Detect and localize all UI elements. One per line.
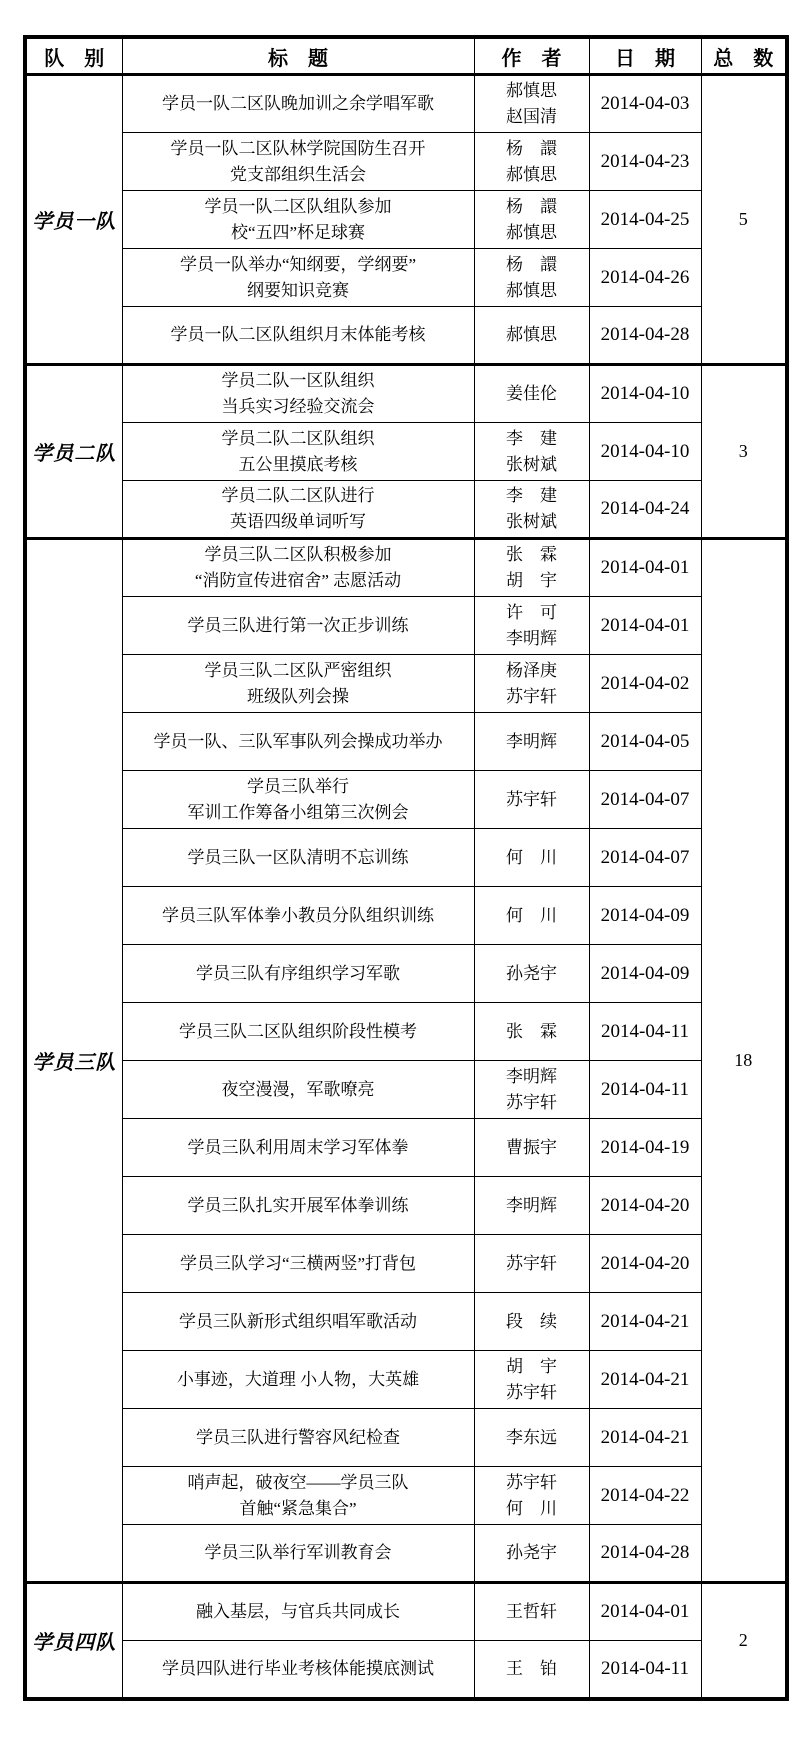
date-cell: 2014-04-02 bbox=[589, 655, 701, 713]
author-line: 王哲轩 bbox=[475, 1599, 589, 1625]
col-header-team: 队 别 bbox=[25, 37, 122, 75]
author-cell: 李 建张树斌 bbox=[474, 481, 589, 539]
title-cell: 哨声起，破夜空——学员三队首触“紧急集合” bbox=[122, 1467, 474, 1525]
title-line: 夜空漫漫，军歌嘹亮 bbox=[123, 1077, 474, 1103]
col-header-date: 日 期 bbox=[589, 37, 701, 75]
col-header-author: 作 者 bbox=[474, 37, 589, 75]
title-cell: 学员三队二区队积极参加“消防宣传进宿舍” 志愿活动 bbox=[122, 539, 474, 597]
title-line: 学员一队二区队晚加训之余学唱军歌 bbox=[123, 91, 474, 117]
table-row: 学员三队学员三队二区队积极参加“消防宣传进宿舍” 志愿活动张 霖胡 宇2014-… bbox=[25, 539, 787, 597]
date-cell: 2014-04-21 bbox=[589, 1293, 701, 1351]
author-cell: 王哲轩 bbox=[474, 1583, 589, 1641]
date-cell: 2014-04-11 bbox=[589, 1003, 701, 1061]
author-cell: 李明辉苏宇轩 bbox=[474, 1061, 589, 1119]
team-name-cell: 学员二队 bbox=[25, 365, 122, 539]
author-line: 赵国清 bbox=[475, 104, 589, 130]
author-line: 曹振宇 bbox=[475, 1135, 589, 1161]
author-line: 段 续 bbox=[475, 1309, 589, 1335]
title-line: 学员四队进行毕业考核体能摸底测试 bbox=[123, 1656, 474, 1682]
author-cell: 孙尧宇 bbox=[474, 1525, 589, 1583]
table-row: 学员一队、三队军事队列会操成功举办李明辉2014-04-05 bbox=[25, 713, 787, 771]
author-line: 杨泽庚 bbox=[475, 658, 589, 684]
date-cell: 2014-04-21 bbox=[589, 1409, 701, 1467]
date-cell: 2014-04-07 bbox=[589, 771, 701, 829]
team-name-cell: 学员一队 bbox=[25, 75, 122, 365]
title-cell: 学员三队军体拳小教员分队组织训练 bbox=[122, 887, 474, 945]
author-cell: 杨 譞郝慎思 bbox=[474, 249, 589, 307]
table-row: 哨声起，破夜空——学员三队首触“紧急集合”苏宇轩何 川2014-04-22 bbox=[25, 1467, 787, 1525]
author-cell: 杨 譞郝慎思 bbox=[474, 191, 589, 249]
author-line: 孙尧宇 bbox=[475, 1540, 589, 1566]
title-line: 学员一队二区队组织月末体能考核 bbox=[123, 322, 474, 348]
author-cell: 张 霖胡 宇 bbox=[474, 539, 589, 597]
report-table: 队 别 标 题 作 者 日 期 总 数 学员一队学员一队二区队晚加训之余学唱军歌… bbox=[23, 35, 789, 1701]
date-cell: 2014-04-23 bbox=[589, 133, 701, 191]
title-line: 学员三队一区队清明不忘训练 bbox=[123, 845, 474, 871]
date-cell: 2014-04-28 bbox=[589, 1525, 701, 1583]
title-cell: 学员一队二区队组队参加校“五四”杯足球赛 bbox=[122, 191, 474, 249]
title-cell: 学员一队二区队林学院国防生召开党支部组织生活会 bbox=[122, 133, 474, 191]
title-line: 学员三队举行军训教育会 bbox=[123, 1540, 474, 1566]
title-line: 学员一队二区队林学院国防生召开 bbox=[123, 136, 474, 162]
author-cell: 郝慎思赵国清 bbox=[474, 75, 589, 133]
date-cell: 2014-04-09 bbox=[589, 945, 701, 1003]
report-page: 队 别 标 题 作 者 日 期 总 数 学员一队学员一队二区队晚加训之余学唱军歌… bbox=[0, 0, 810, 1740]
author-line: 郝慎思 bbox=[475, 162, 589, 188]
author-line: 李明辉 bbox=[475, 1064, 589, 1090]
table-row: 学员四队进行毕业考核体能摸底测试王 铂2014-04-11 bbox=[25, 1641, 787, 1699]
author-line: 李 建 bbox=[475, 426, 589, 452]
title-cell: 学员一队、三队军事队列会操成功举办 bbox=[122, 713, 474, 771]
title-line: 学员三队有序组织学习军歌 bbox=[123, 961, 474, 987]
title-line: 首触“紧急集合” bbox=[123, 1496, 474, 1522]
author-line: 何 川 bbox=[475, 845, 589, 871]
table-row: 学员一队二区队林学院国防生召开党支部组织生活会杨 譞郝慎思2014-04-23 bbox=[25, 133, 787, 191]
title-line: 班级队列会操 bbox=[123, 684, 474, 710]
title-line: 学员三队二区队组织阶段性模考 bbox=[123, 1019, 474, 1045]
total-count-cell: 2 bbox=[701, 1583, 787, 1699]
title-cell: 学员三队进行警容风纪检查 bbox=[122, 1409, 474, 1467]
author-line: 孙尧宇 bbox=[475, 961, 589, 987]
title-cell: 学员三队学习“三横两竖”打背包 bbox=[122, 1235, 474, 1293]
author-line: 张 霖 bbox=[475, 1019, 589, 1045]
table-row: 学员三队军体拳小教员分队组织训练何 川2014-04-09 bbox=[25, 887, 787, 945]
title-cell: 学员二队二区队进行英语四级单词听写 bbox=[122, 481, 474, 539]
title-cell: 学员三队有序组织学习军歌 bbox=[122, 945, 474, 1003]
table-row: 学员二队二区队组织五公里摸底考核李 建张树斌2014-04-10 bbox=[25, 423, 787, 481]
title-line: 学员三队新形式组织唱军歌活动 bbox=[123, 1309, 474, 1335]
title-cell: 学员一队举办“知纲要，学纲要”纲要知识竞赛 bbox=[122, 249, 474, 307]
title-line: 党支部组织生活会 bbox=[123, 162, 474, 188]
table-row: 夜空漫漫，军歌嘹亮李明辉苏宇轩2014-04-11 bbox=[25, 1061, 787, 1119]
author-cell: 胡 宇苏宇轩 bbox=[474, 1351, 589, 1409]
author-line: 苏宇轩 bbox=[475, 684, 589, 710]
date-cell: 2014-04-11 bbox=[589, 1061, 701, 1119]
author-cell: 李东远 bbox=[474, 1409, 589, 1467]
table-row: 学员三队学习“三横两竖”打背包苏宇轩2014-04-20 bbox=[25, 1235, 787, 1293]
date-cell: 2014-04-10 bbox=[589, 423, 701, 481]
author-cell: 郝慎思 bbox=[474, 307, 589, 365]
title-cell: 学员三队举行军训工作筹备小组第三次例会 bbox=[122, 771, 474, 829]
date-cell: 2014-04-20 bbox=[589, 1235, 701, 1293]
title-line: 纲要知识竞赛 bbox=[123, 278, 474, 304]
author-line: 李东远 bbox=[475, 1425, 589, 1451]
author-cell: 杨 譞郝慎思 bbox=[474, 133, 589, 191]
title-line: 学员二队二区队组织 bbox=[123, 426, 474, 452]
date-cell: 2014-04-11 bbox=[589, 1641, 701, 1699]
table-row: 学员三队新形式组织唱军歌活动段 续2014-04-21 bbox=[25, 1293, 787, 1351]
table-row: 学员三队举行军训教育会孙尧宇2014-04-28 bbox=[25, 1525, 787, 1583]
table-row: 学员三队二区队组织阶段性模考张 霖2014-04-11 bbox=[25, 1003, 787, 1061]
title-line: 学员一队、三队军事队列会操成功举办 bbox=[123, 729, 474, 755]
col-header-title: 标 题 bbox=[122, 37, 474, 75]
author-cell: 许 可李明辉 bbox=[474, 597, 589, 655]
author-line: 何 川 bbox=[475, 903, 589, 929]
title-line: 当兵实习经验交流会 bbox=[123, 394, 474, 420]
title-line: 哨声起，破夜空——学员三队 bbox=[123, 1470, 474, 1496]
table-row: 学员一队二区队组队参加校“五四”杯足球赛杨 譞郝慎思2014-04-25 bbox=[25, 191, 787, 249]
author-cell: 李 建张树斌 bbox=[474, 423, 589, 481]
table-row: 学员三队扎实开展军体拳训练李明辉2014-04-20 bbox=[25, 1177, 787, 1235]
author-line: 郝慎思 bbox=[475, 322, 589, 348]
author-line: 苏宇轩 bbox=[475, 1380, 589, 1406]
title-line: 小事迹，大道理 小人物，大英雄 bbox=[123, 1367, 474, 1393]
author-line: 杨 譞 bbox=[475, 136, 589, 162]
title-line: 学员三队利用周末学习军体拳 bbox=[123, 1135, 474, 1161]
date-cell: 2014-04-20 bbox=[589, 1177, 701, 1235]
author-cell: 王 铂 bbox=[474, 1641, 589, 1699]
title-line: 五公里摸底考核 bbox=[123, 452, 474, 478]
author-cell: 张 霖 bbox=[474, 1003, 589, 1061]
title-line: 学员三队扎实开展军体拳训练 bbox=[123, 1193, 474, 1219]
author-line: 王 铂 bbox=[475, 1656, 589, 1682]
header-row: 队 别 标 题 作 者 日 期 总 数 bbox=[25, 37, 787, 75]
author-cell: 何 川 bbox=[474, 829, 589, 887]
table-header: 队 别 标 题 作 者 日 期 总 数 bbox=[25, 37, 787, 75]
title-line: 学员一队二区队组队参加 bbox=[123, 194, 474, 220]
date-cell: 2014-04-01 bbox=[589, 1583, 701, 1641]
date-cell: 2014-04-21 bbox=[589, 1351, 701, 1409]
author-line: 李明辉 bbox=[475, 626, 589, 652]
title-cell: 学员一队二区队晚加训之余学唱军歌 bbox=[122, 75, 474, 133]
date-cell: 2014-04-03 bbox=[589, 75, 701, 133]
table-body: 学员一队学员一队二区队晚加训之余学唱军歌郝慎思赵国清2014-04-035学员一… bbox=[25, 75, 787, 1699]
author-line: 姜佳伦 bbox=[475, 381, 589, 407]
total-count-cell: 3 bbox=[701, 365, 787, 539]
title-line: 学员三队二区队积极参加 bbox=[123, 542, 474, 568]
author-cell: 曹振宇 bbox=[474, 1119, 589, 1177]
title-line: 学员二队二区队进行 bbox=[123, 483, 474, 509]
title-line: 学员三队进行第一次正步训练 bbox=[123, 613, 474, 639]
date-cell: 2014-04-01 bbox=[589, 539, 701, 597]
total-count-cell: 5 bbox=[701, 75, 787, 365]
title-cell: 学员三队进行第一次正步训练 bbox=[122, 597, 474, 655]
table-row: 学员二队学员二队一区队组织当兵实习经验交流会姜佳伦2014-04-103 bbox=[25, 365, 787, 423]
author-line: 张树斌 bbox=[475, 509, 589, 535]
title-line: 学员二队一区队组织 bbox=[123, 368, 474, 394]
date-cell: 2014-04-25 bbox=[589, 191, 701, 249]
author-line: 张树斌 bbox=[475, 452, 589, 478]
author-line: 胡 宇 bbox=[475, 568, 589, 594]
author-line: 许 可 bbox=[475, 600, 589, 626]
author-cell: 姜佳伦 bbox=[474, 365, 589, 423]
author-line: 苏宇轩 bbox=[475, 787, 589, 813]
table-row: 学员三队一区队清明不忘训练何 川2014-04-07 bbox=[25, 829, 787, 887]
author-cell: 何 川 bbox=[474, 887, 589, 945]
author-line: 张 霖 bbox=[475, 542, 589, 568]
title-cell: 学员三队二区队组织阶段性模考 bbox=[122, 1003, 474, 1061]
author-cell: 孙尧宇 bbox=[474, 945, 589, 1003]
table-row: 学员三队有序组织学习军歌孙尧宇2014-04-09 bbox=[25, 945, 787, 1003]
team-name-cell: 学员四队 bbox=[25, 1583, 122, 1699]
date-cell: 2014-04-01 bbox=[589, 597, 701, 655]
author-cell: 苏宇轩何 川 bbox=[474, 1467, 589, 1525]
title-cell: 学员二队一区队组织当兵实习经验交流会 bbox=[122, 365, 474, 423]
table-row: 学员一队二区队组织月末体能考核郝慎思2014-04-28 bbox=[25, 307, 787, 365]
table-row: 学员一队举办“知纲要，学纲要”纲要知识竞赛杨 譞郝慎思2014-04-26 bbox=[25, 249, 787, 307]
title-cell: 学员一队二区队组织月末体能考核 bbox=[122, 307, 474, 365]
table-row: 学员三队举行军训工作筹备小组第三次例会苏宇轩2014-04-07 bbox=[25, 771, 787, 829]
table-row: 学员三队二区队严密组织班级队列会操杨泽庚苏宇轩2014-04-02 bbox=[25, 655, 787, 713]
title-line: 学员三队举行 bbox=[123, 774, 474, 800]
author-line: 郝慎思 bbox=[475, 220, 589, 246]
title-line: 校“五四”杯足球赛 bbox=[123, 220, 474, 246]
date-cell: 2014-04-26 bbox=[589, 249, 701, 307]
col-header-total: 总 数 bbox=[701, 37, 787, 75]
date-cell: 2014-04-10 bbox=[589, 365, 701, 423]
title-cell: 学员四队进行毕业考核体能摸底测试 bbox=[122, 1641, 474, 1699]
author-line: 李 建 bbox=[475, 483, 589, 509]
author-line: 杨 譞 bbox=[475, 252, 589, 278]
title-line: 英语四级单词听写 bbox=[123, 509, 474, 535]
table-row: 小事迹，大道理 小人物，大英雄胡 宇苏宇轩2014-04-21 bbox=[25, 1351, 787, 1409]
author-cell: 段 续 bbox=[474, 1293, 589, 1351]
title-line: 军训工作筹备小组第三次例会 bbox=[123, 800, 474, 826]
author-cell: 苏宇轩 bbox=[474, 1235, 589, 1293]
title-line: 学员三队军体拳小教员分队组织训练 bbox=[123, 903, 474, 929]
author-line: 胡 宇 bbox=[475, 1354, 589, 1380]
author-line: 李明辉 bbox=[475, 1193, 589, 1219]
title-line: 融入基层，与官兵共同成长 bbox=[123, 1599, 474, 1625]
author-line: 郝慎思 bbox=[475, 78, 589, 104]
team-name-cell: 学员三队 bbox=[25, 539, 122, 1583]
title-line: 学员三队学习“三横两竖”打背包 bbox=[123, 1251, 474, 1277]
author-line: 苏宇轩 bbox=[475, 1090, 589, 1116]
date-cell: 2014-04-05 bbox=[589, 713, 701, 771]
date-cell: 2014-04-07 bbox=[589, 829, 701, 887]
total-count-cell: 18 bbox=[701, 539, 787, 1583]
author-line: 苏宇轩 bbox=[475, 1251, 589, 1277]
date-cell: 2014-04-24 bbox=[589, 481, 701, 539]
author-line: 苏宇轩 bbox=[475, 1470, 589, 1496]
date-cell: 2014-04-28 bbox=[589, 307, 701, 365]
date-cell: 2014-04-09 bbox=[589, 887, 701, 945]
author-line: 何 川 bbox=[475, 1496, 589, 1522]
author-cell: 杨泽庚苏宇轩 bbox=[474, 655, 589, 713]
author-cell: 苏宇轩 bbox=[474, 771, 589, 829]
author-cell: 李明辉 bbox=[474, 1177, 589, 1235]
title-cell: 学员三队一区队清明不忘训练 bbox=[122, 829, 474, 887]
date-cell: 2014-04-19 bbox=[589, 1119, 701, 1177]
date-cell: 2014-04-22 bbox=[589, 1467, 701, 1525]
title-cell: 学员二队二区队组织五公里摸底考核 bbox=[122, 423, 474, 481]
author-line: 李明辉 bbox=[475, 729, 589, 755]
title-cell: 夜空漫漫，军歌嘹亮 bbox=[122, 1061, 474, 1119]
title-line: “消防宣传进宿舍” 志愿活动 bbox=[123, 568, 474, 594]
table-row: 学员二队二区队进行英语四级单词听写李 建张树斌2014-04-24 bbox=[25, 481, 787, 539]
table-row: 学员三队进行第一次正步训练许 可李明辉2014-04-01 bbox=[25, 597, 787, 655]
author-cell: 李明辉 bbox=[474, 713, 589, 771]
title-cell: 学员三队二区队严密组织班级队列会操 bbox=[122, 655, 474, 713]
table-row: 学员三队进行警容风纪检查李东远2014-04-21 bbox=[25, 1409, 787, 1467]
author-line: 杨 譞 bbox=[475, 194, 589, 220]
table-row: 学员一队学员一队二区队晚加训之余学唱军歌郝慎思赵国清2014-04-035 bbox=[25, 75, 787, 133]
title-cell: 学员三队扎实开展军体拳训练 bbox=[122, 1177, 474, 1235]
title-line: 学员三队进行警容风纪检查 bbox=[123, 1425, 474, 1451]
title-cell: 学员三队举行军训教育会 bbox=[122, 1525, 474, 1583]
title-line: 学员一队举办“知纲要，学纲要” bbox=[123, 252, 474, 278]
title-line: 学员三队二区队严密组织 bbox=[123, 658, 474, 684]
title-cell: 融入基层，与官兵共同成长 bbox=[122, 1583, 474, 1641]
title-cell: 学员三队新形式组织唱军歌活动 bbox=[122, 1293, 474, 1351]
title-cell: 学员三队利用周末学习军体拳 bbox=[122, 1119, 474, 1177]
table-row: 学员三队利用周末学习军体拳曹振宇2014-04-19 bbox=[25, 1119, 787, 1177]
table-row: 学员四队融入基层，与官兵共同成长王哲轩2014-04-012 bbox=[25, 1583, 787, 1641]
title-cell: 小事迹，大道理 小人物，大英雄 bbox=[122, 1351, 474, 1409]
author-line: 郝慎思 bbox=[475, 278, 589, 304]
